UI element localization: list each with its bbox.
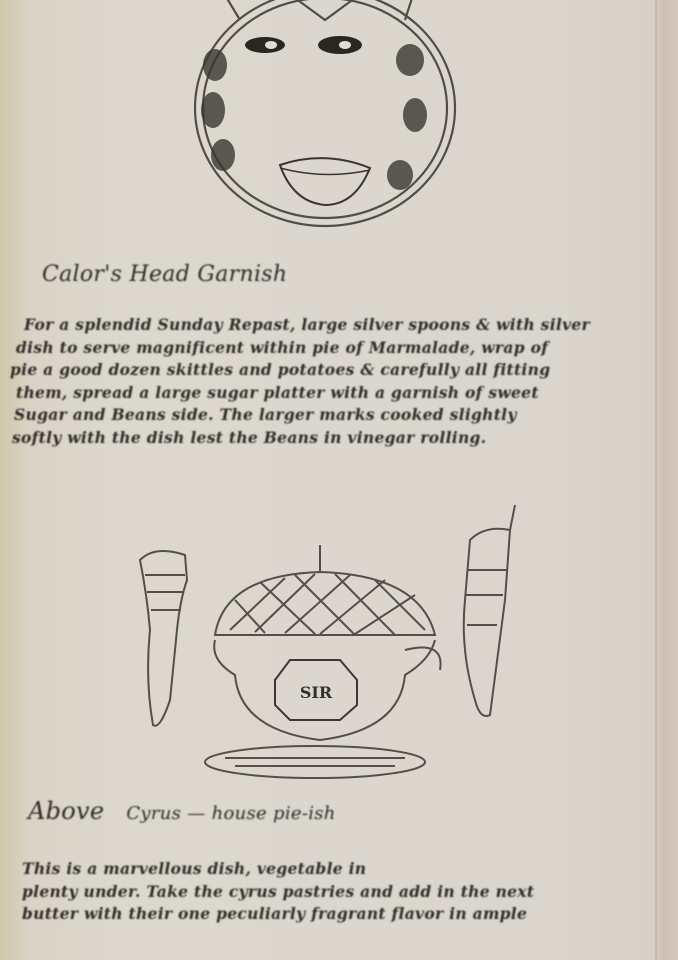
body-line: pie a good dozen skittles and potatoes &… — [10, 359, 655, 382]
face-medallion-illustration — [185, 0, 465, 240]
body-line: For a splendid Sunday Repast, large silv… — [10, 314, 655, 337]
section-body: For a splendid Sunday Repast, large silv… — [10, 314, 655, 449]
lattice-pie-icon: SIR — [125, 500, 535, 790]
body-line: dish to serve magnificent within pie of … — [10, 337, 655, 360]
section-body: This is a marvellous dish, vegetable in … — [22, 858, 652, 926]
body-line: plenty under. Take the cyrus pastries an… — [22, 881, 652, 904]
section-heading: Calor's Head Garnish — [42, 262, 287, 287]
section-heading: Above Cyrus — house pie-ish — [28, 797, 336, 825]
face-medallion-icon — [185, 0, 465, 240]
section-heading-main: Above — [28, 797, 104, 825]
body-line: butter with their one peculiarly fragran… — [22, 903, 652, 926]
body-line: Sugar and Beans side. The larger marks c… — [10, 404, 655, 427]
pie-badge-text: SIR — [300, 683, 333, 702]
body-line: them, spread a large sugar platter with … — [10, 382, 655, 405]
body-line: This is a marvellous dish, vegetable in — [22, 858, 652, 881]
pie-illustration: SIR — [125, 500, 535, 790]
body-line: softly with the dish lest the Beans in v… — [10, 427, 655, 450]
section-heading-sub: Cyrus — house pie-ish — [126, 803, 335, 824]
manuscript-page: Calor's Head Garnish For a splendid Sund… — [0, 0, 678, 960]
